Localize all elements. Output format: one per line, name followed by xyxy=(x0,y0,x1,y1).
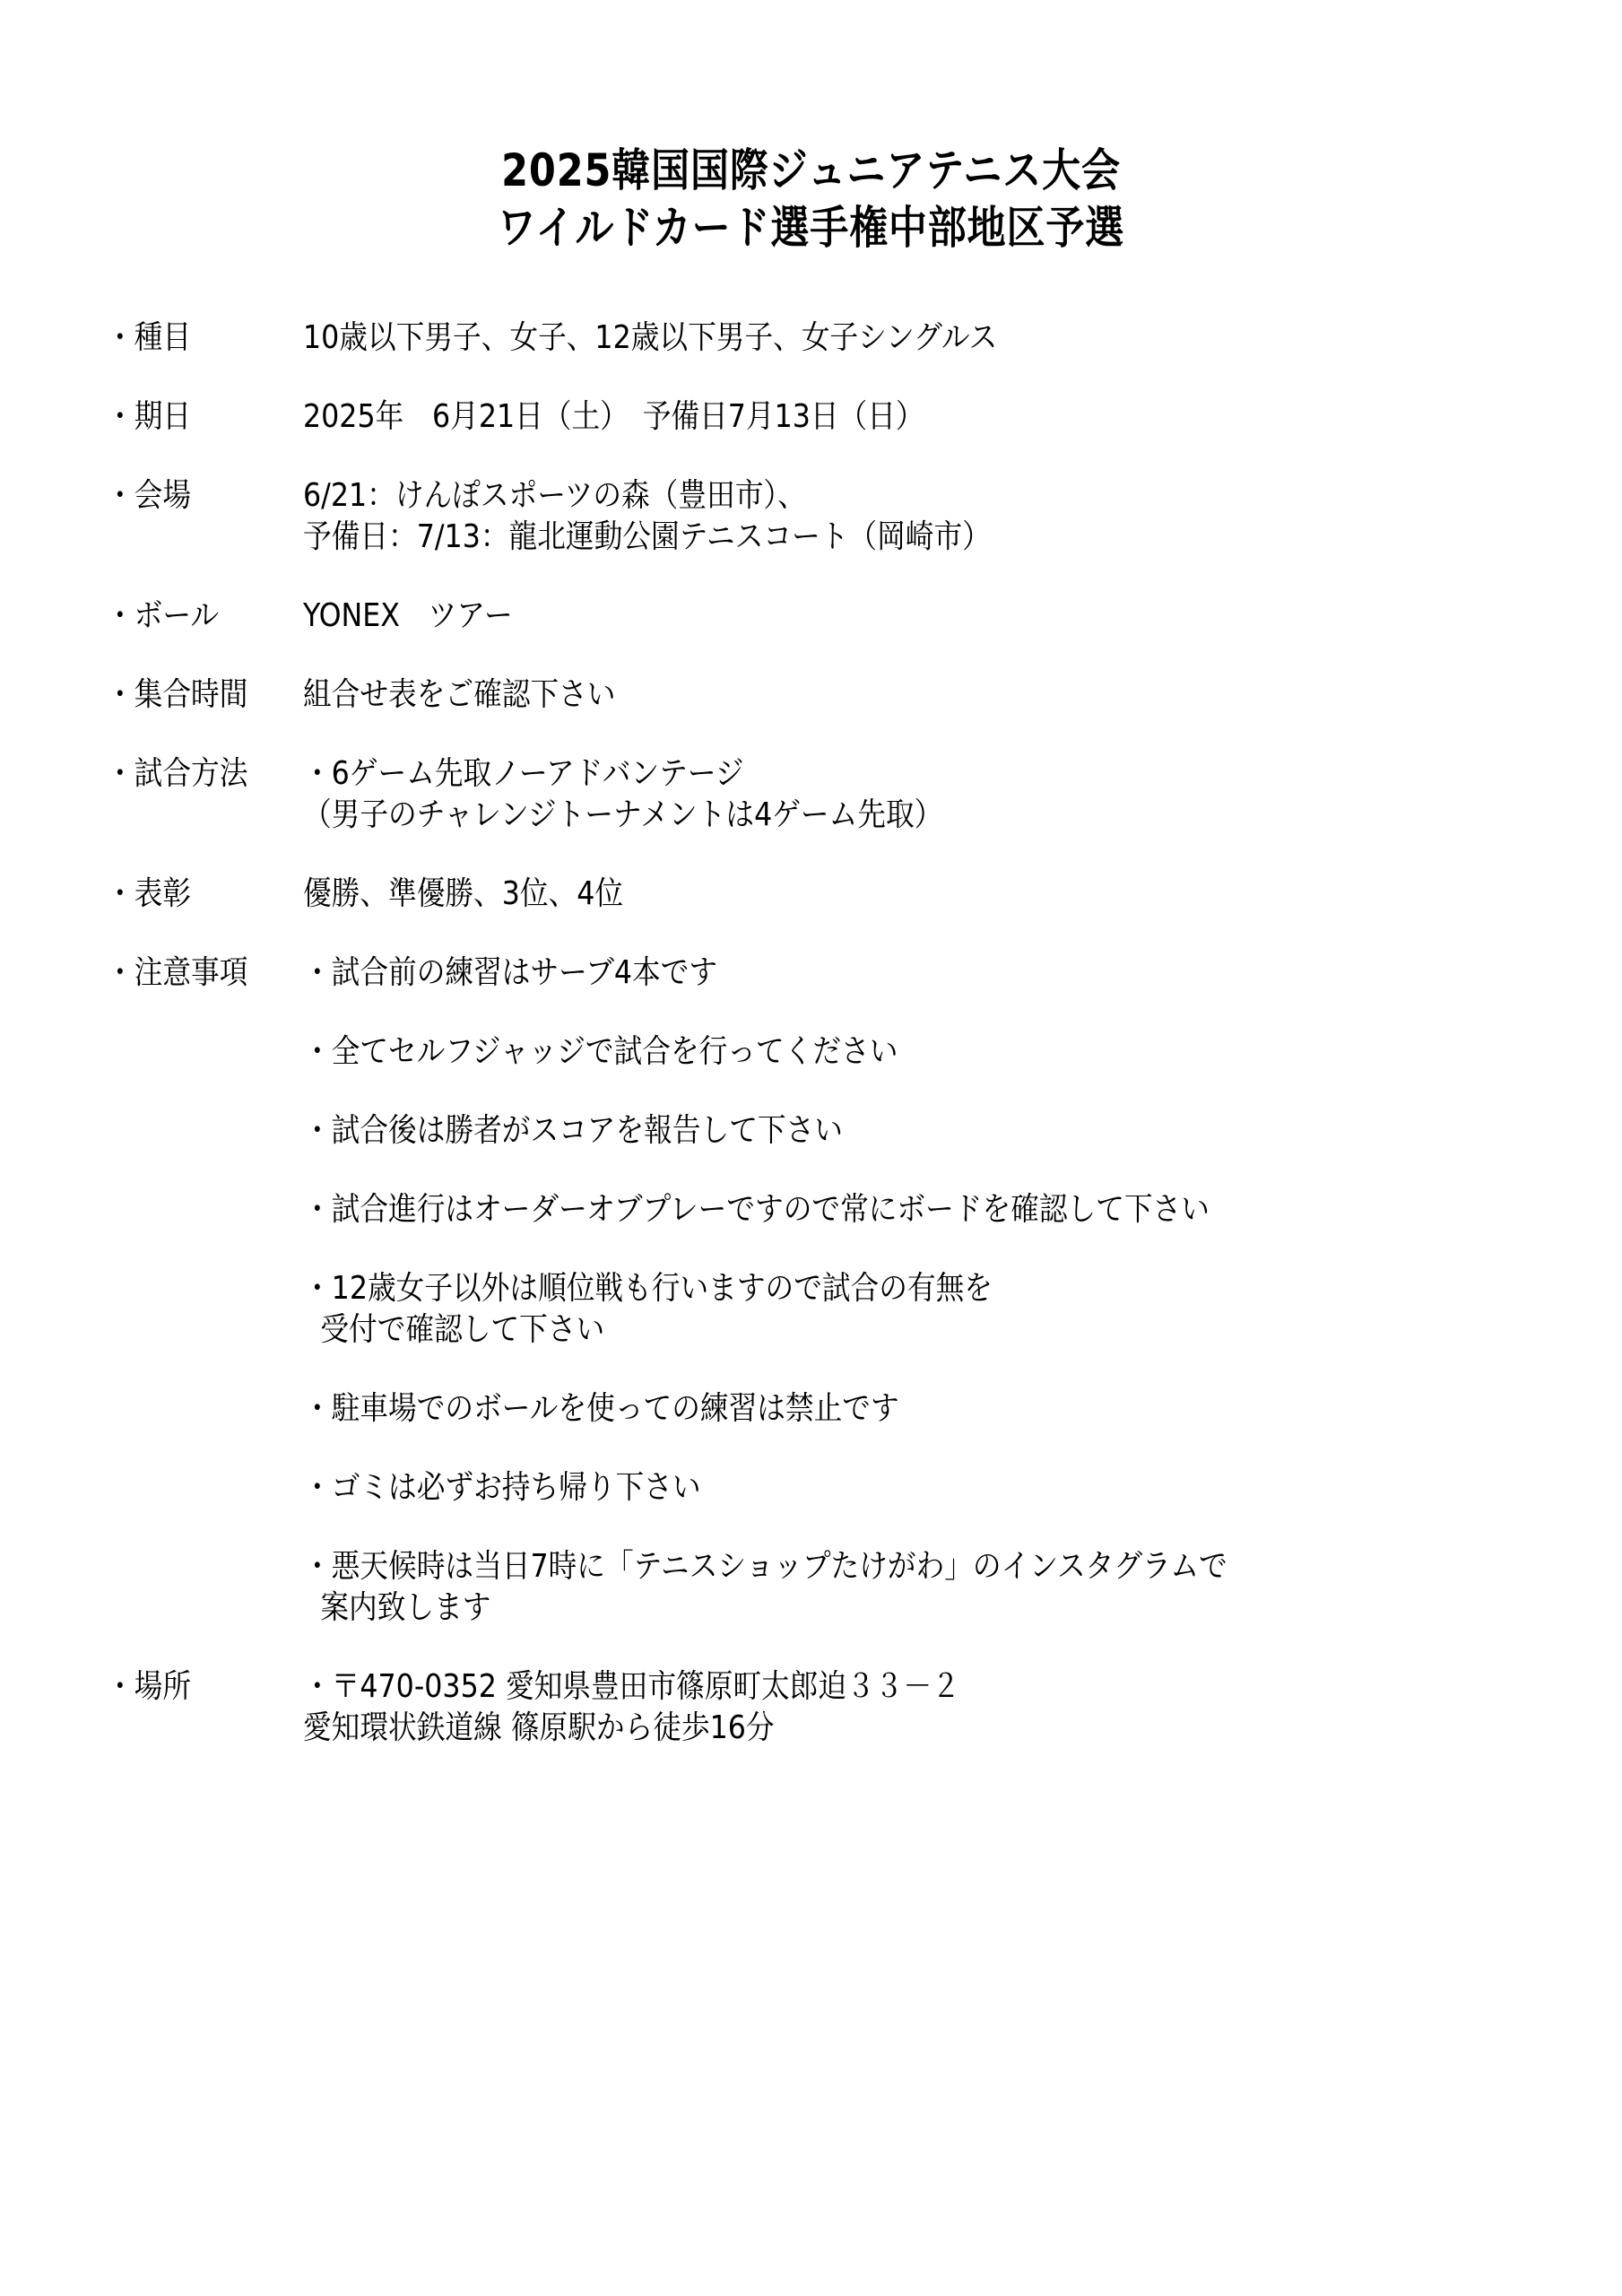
events-value: 10歳以下男子、女子、12歳以下男子、女子シングルス xyxy=(303,317,1424,359)
section-match-format: ・試合方法 ・6ゲーム先取ノーアドバンテージ （男子のチャレンジトーナメントは4… xyxy=(106,753,1576,836)
note-text-continued: 受付で確認して下さい xyxy=(303,1309,1424,1351)
assembly-time-value: 組合せ表をご確認下さい xyxy=(303,674,1424,716)
match-format-line-1: ・6ゲーム先取ノーアドバンテージ xyxy=(303,753,1424,795)
note-item: ・試合前の練習はサーブ4本です xyxy=(303,952,1424,994)
title-line-2: ワイルドカード選手権中部地区予選 xyxy=(114,199,1509,257)
note-item: ・12歳女子以外は順位戦も行いますので試合の有無を 受付で確認して下さい xyxy=(303,1268,1424,1351)
section-ball: ・ボール YONEX ツアー xyxy=(106,596,1576,637)
note-item: ・試合後は勝者がスコアを報告して下さい xyxy=(303,1110,1424,1152)
venue-label: ・会場 xyxy=(106,475,280,517)
match-format-label: ・試合方法 xyxy=(106,753,280,795)
ball-label: ・ボール xyxy=(106,596,280,637)
venue-value: 6/21：けんぽスポーツの森（豊田市）、 予備日：7/13：龍北運動公園テニスコ… xyxy=(303,475,1424,558)
title-line-1: 2025韓国国際ジュニアテニス大会 xyxy=(114,142,1509,199)
section-events: ・種目 10歳以下男子、女子、12歳以下男子、女子シングルス xyxy=(106,317,1576,359)
section-location: ・場所 ・〒470-0352 愛知県豊田市篠原町太郎迫３３－２ 愛知環状鉄道線 … xyxy=(106,1666,1576,1749)
dates-value: 2025年 6月21日（土） 予備日7月13日（日） xyxy=(303,396,1424,438)
notes-label: ・注意事項 xyxy=(106,952,280,994)
awards-value: 優勝、準優勝、3位、4位 xyxy=(303,874,1424,915)
document-title: 2025韓国国際ジュニアテニス大会 ワイルドカード選手権中部地区予選 xyxy=(0,142,1622,257)
note-text: ・全てセルフジャッジで試合を行ってください xyxy=(303,1031,1424,1073)
ball-value: YONEX ツアー xyxy=(303,596,1424,637)
note-text: ・駐車場でのボールを使っての練習は禁止です xyxy=(303,1388,1424,1430)
location-access: 愛知環状鉄道線 篠原駅から徒歩16分 xyxy=(303,1708,1424,1749)
note-text-continued: 案内致します xyxy=(303,1587,1424,1629)
location-address: ・〒470-0352 愛知県豊田市篠原町太郎迫３３－２ xyxy=(303,1666,1424,1708)
match-format-line-2: （男子のチャレンジトーナメントは4ゲーム先取） xyxy=(303,795,1424,836)
location-value: ・〒470-0352 愛知県豊田市篠原町太郎迫３３－２ 愛知環状鉄道線 篠原駅か… xyxy=(303,1666,1424,1749)
note-text: ・試合前の練習はサーブ4本です xyxy=(303,952,1424,994)
assembly-time-label: ・集合時間 xyxy=(106,674,280,716)
events-label: ・種目 xyxy=(106,317,280,359)
note-item: ・悪天候時は当日7時に「テニスショップたけがわ」のインスタグラムで 案内致します xyxy=(303,1546,1424,1629)
note-text: ・ゴミは必ずお持ち帰り下さい xyxy=(303,1467,1424,1509)
note-text: ・試合進行はオーダーオブプレーですので常にボードを確認して下さい xyxy=(303,1189,1424,1231)
venue-line-2: 予備日：7/13：龍北運動公園テニスコート（岡崎市） xyxy=(303,517,1424,558)
note-text: ・悪天候時は当日7時に「テニスショップたけがわ」のインスタグラムで xyxy=(303,1546,1424,1587)
location-label: ・場所 xyxy=(106,1666,280,1708)
section-dates: ・期日 2025年 6月21日（土） 予備日7月13日（日） xyxy=(106,396,1576,438)
section-venue: ・会場 6/21：けんぽスポーツの森（豊田市）、 予備日：7/13：龍北運動公園… xyxy=(106,475,1576,558)
info-sections: ・種目 10歳以下男子、女子、12歳以下男子、女子シングルス ・期日 2025年… xyxy=(106,317,1576,1749)
note-text: ・12歳女子以外は順位戦も行いますので試合の有無を xyxy=(303,1268,1424,1309)
match-format-value: ・6ゲーム先取ノーアドバンテージ （男子のチャレンジトーナメントは4ゲーム先取） xyxy=(303,753,1424,836)
note-item: ・ゴミは必ずお持ち帰り下さい xyxy=(303,1467,1424,1509)
dates-label: ・期日 xyxy=(106,396,280,438)
notes-list: ・試合前の練習はサーブ4本です ・全てセルフジャッジで試合を行ってください ・試… xyxy=(303,952,1424,1629)
section-notes: ・注意事項 ・試合前の練習はサーブ4本です ・全てセルフジャッジで試合を行ってく… xyxy=(106,952,1576,1629)
note-item: ・試合進行はオーダーオブプレーですので常にボードを確認して下さい xyxy=(303,1189,1424,1231)
note-text: ・試合後は勝者がスコアを報告して下さい xyxy=(303,1110,1424,1152)
venue-line-1: 6/21：けんぽスポーツの森（豊田市）、 xyxy=(303,475,1424,517)
note-item: ・全てセルフジャッジで試合を行ってください xyxy=(303,1031,1424,1073)
awards-label: ・表彰 xyxy=(106,874,280,915)
section-awards: ・表彰 優勝、準優勝、3位、4位 xyxy=(106,874,1576,915)
note-item: ・駐車場でのボールを使っての練習は禁止です xyxy=(303,1388,1424,1430)
section-assembly-time: ・集合時間 組合せ表をご確認下さい xyxy=(106,674,1576,716)
